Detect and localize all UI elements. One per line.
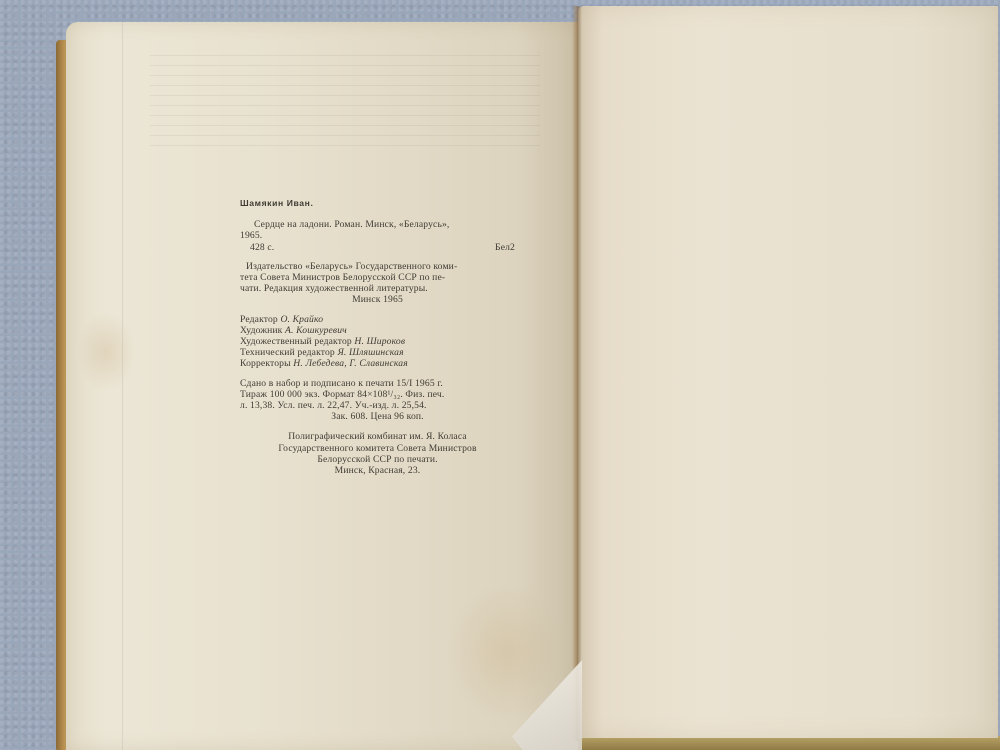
plant-line: Государственного комитета Совета Министр… — [240, 443, 515, 454]
credit-editor: Редактор О. Крайко — [240, 314, 515, 325]
credit-tech-editor: Технический редактор Я. Шляшинская — [240, 347, 515, 358]
publisher-place: Минск 1965 — [240, 294, 515, 305]
credit-proofreaders: Корректоры Н. Лебедева, Г. Славинская — [240, 358, 515, 369]
right-page-blank — [578, 6, 998, 738]
publisher-line: чати. Редакция художественной литературы… — [240, 283, 515, 294]
book-title-line: Сердце на ладони. Роман. Минск, «Беларус… — [240, 219, 515, 230]
print-line: Сдано в набор и подписано к печати 15/I … — [240, 378, 515, 389]
plant-line: Полиграфический комбинат им. Я. Коласа — [240, 431, 515, 442]
publisher-line: тета Совета Министров Белорусской ССР по… — [240, 272, 515, 283]
page-stain — [76, 312, 136, 392]
publisher-line: Издательство «Беларусь» Государственного… — [240, 261, 515, 272]
publisher-info: Издательство «Беларусь» Государственного… — [240, 261, 515, 306]
imprint-block: Шамякин Иван. Сердце на ладони. Роман. М… — [240, 198, 515, 476]
book-gutter — [572, 6, 582, 741]
credit-art-editor: Художественный редактор Н. Широков — [240, 336, 515, 347]
page-count: 428 с. — [250, 242, 274, 253]
classification-code: Бел2 — [495, 242, 515, 253]
credits-list: Редактор О. Крайко Художник А. Кошкуреви… — [240, 314, 515, 370]
print-line: Тираж 100 000 экз. Формат 84×108¹/₃₂. Фи… — [240, 389, 515, 400]
credit-artist: Художник А. Кошкуревич — [240, 325, 515, 336]
plant-line: Белорусской ССР по печати. — [240, 454, 515, 465]
printing-plant: Полиграфический комбинат им. Я. Коласа Г… — [240, 431, 515, 476]
author-name: Шамякин Иван. — [240, 198, 515, 209]
publication-year: 1965. — [240, 230, 515, 241]
pages-classification-row: 428 с. Бел2 — [240, 242, 515, 253]
book-cover-bottom-edge — [570, 736, 1000, 750]
plant-line: Минск, Красная, 23. — [240, 465, 515, 476]
print-details: Сдано в набор и подписано к печати 15/I … — [240, 378, 515, 423]
page-fold-line — [122, 22, 124, 750]
order-price: Зак. 608. Цена 96 коп. — [240, 411, 515, 422]
bleed-through-text — [150, 55, 540, 155]
photo-scene: Шамякин Иван. Сердце на ладони. Роман. М… — [0, 0, 1000, 750]
print-line: л. 13,38. Усл. печ. л. 22,47. Уч.-изд. л… — [240, 400, 515, 411]
